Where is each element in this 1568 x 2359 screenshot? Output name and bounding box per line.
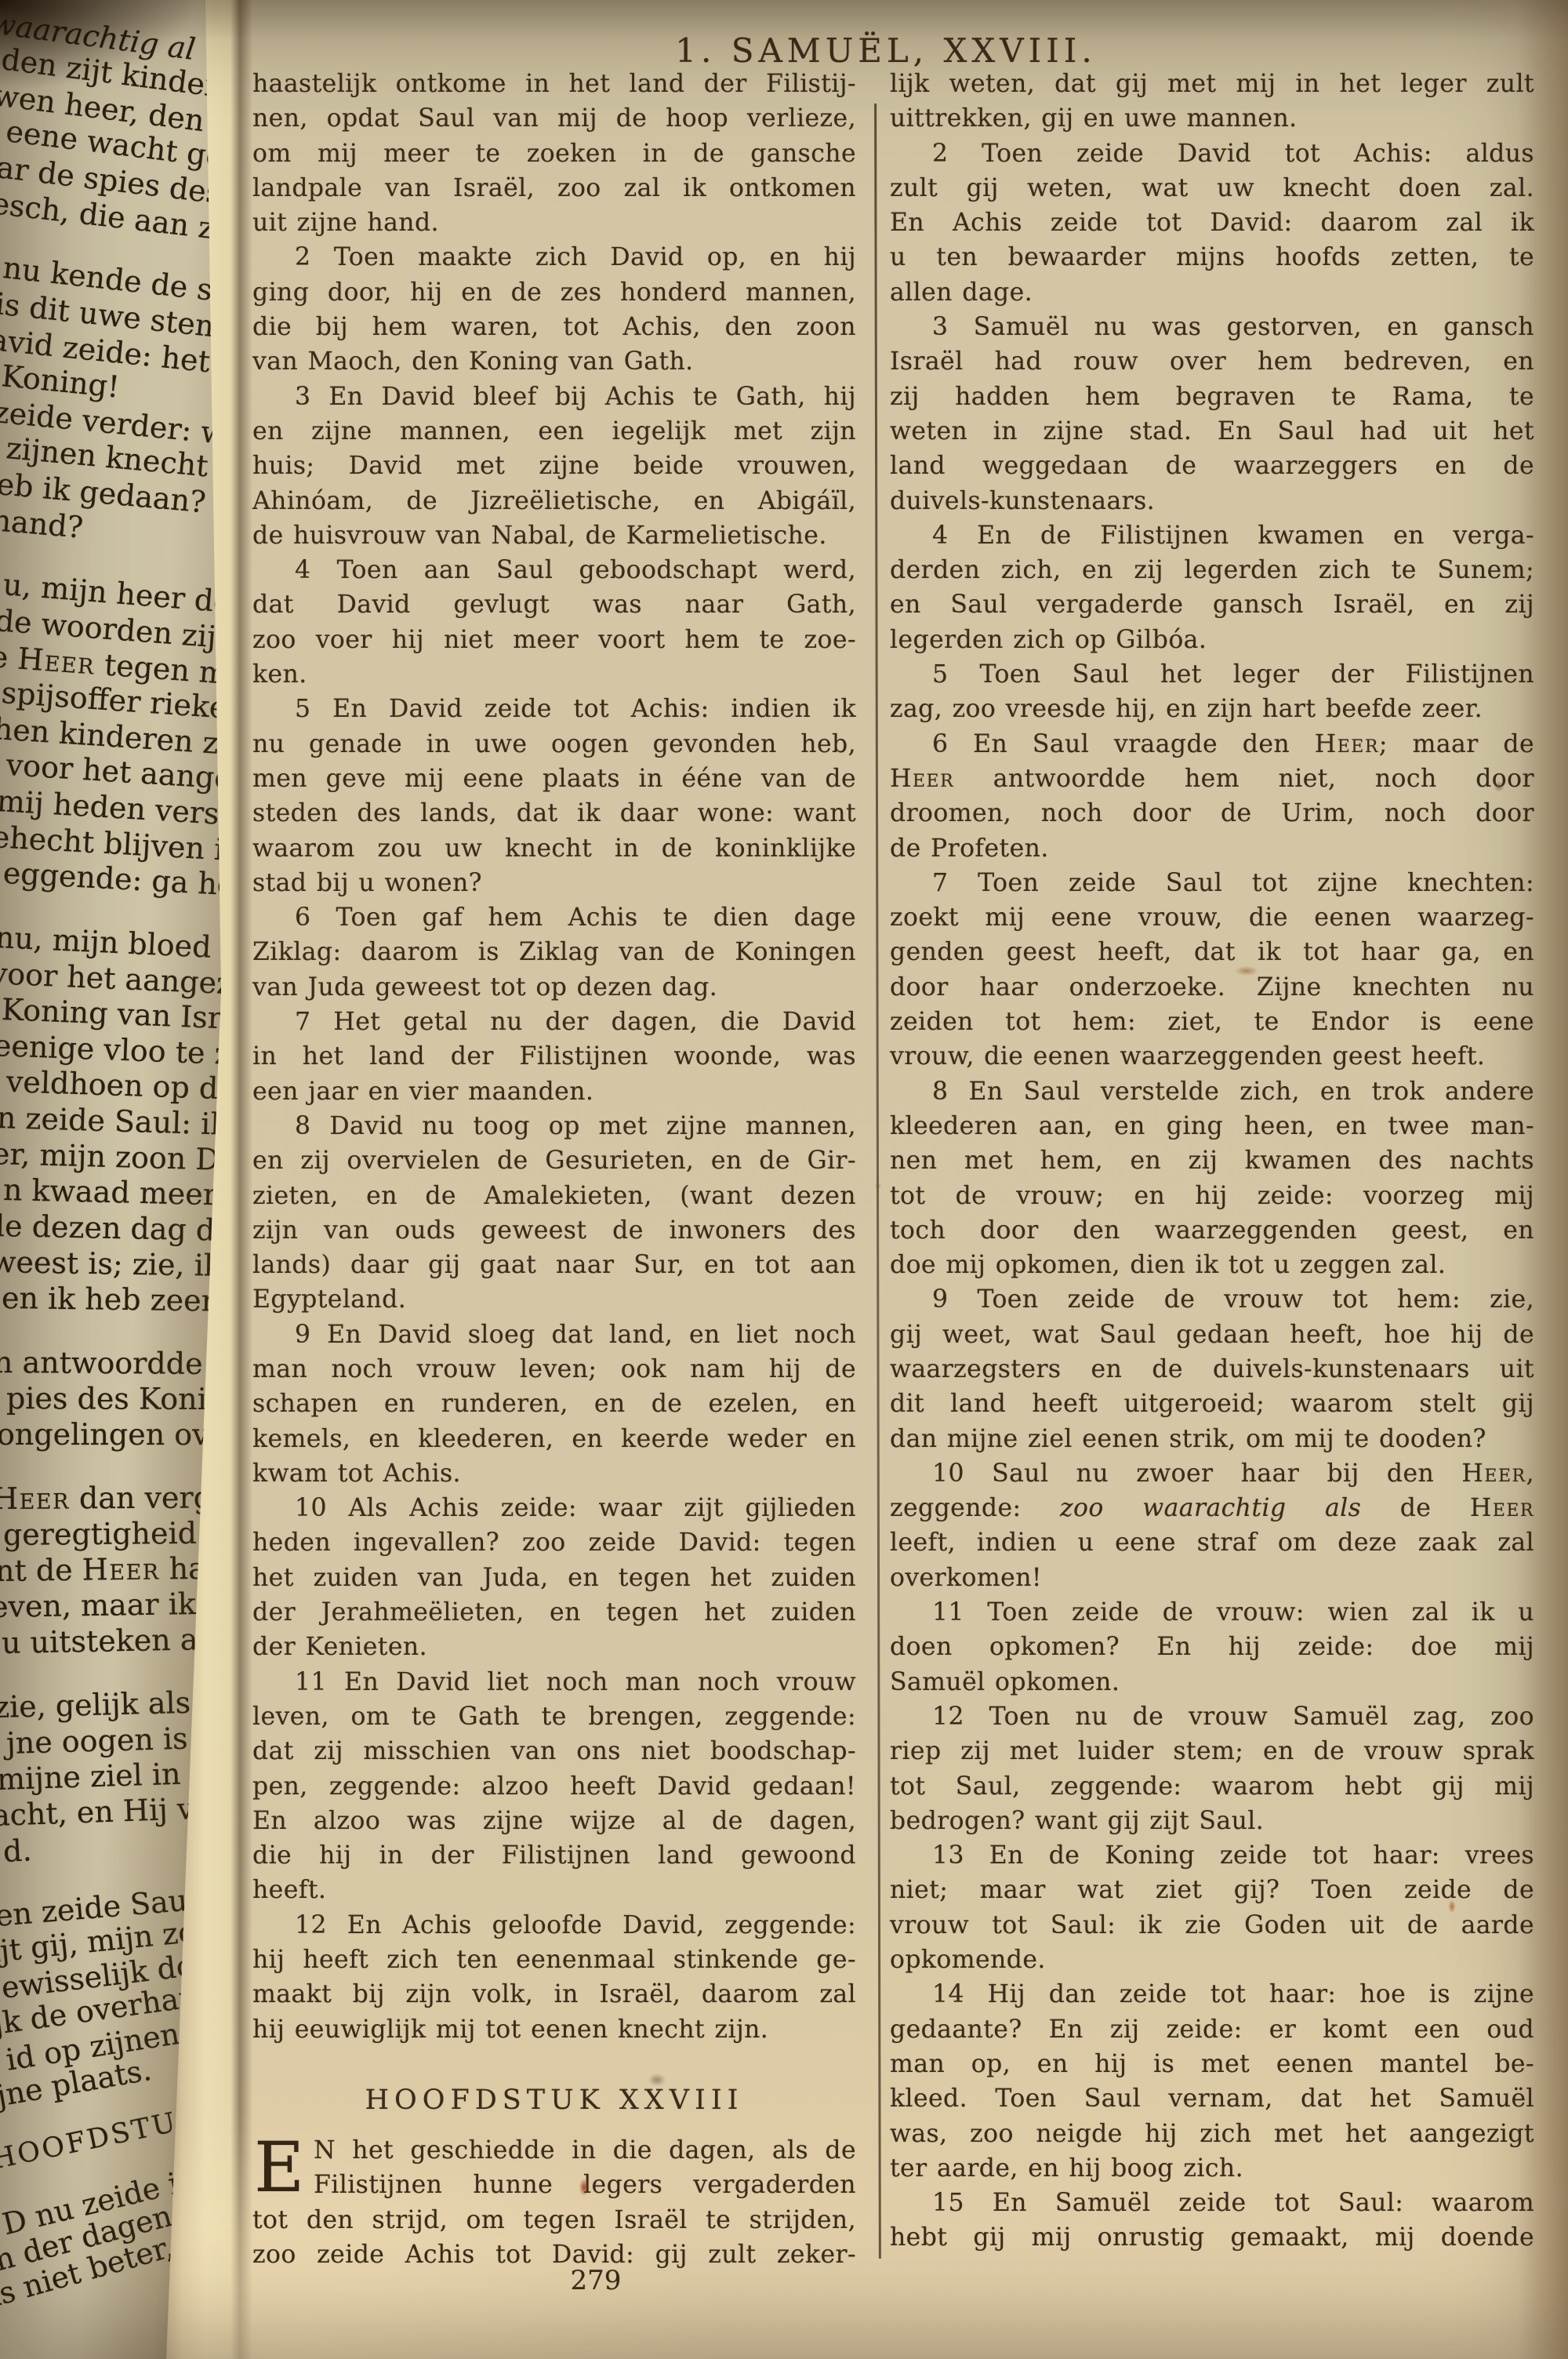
text-line: 8 David nu toog op met zijne mannen, bbox=[252, 1109, 856, 1143]
text-line: leven, om te Gath te brengen, zeggende: bbox=[252, 1699, 856, 1734]
text-line: 3 Samuël nu was gestorven, en gansch bbox=[890, 310, 1534, 344]
text-line: maakt bij zijn volk, in Israël, daarom z… bbox=[252, 1977, 856, 2012]
text-line: waarzegsters en de duivels-kunstenaars u… bbox=[890, 1352, 1534, 1387]
text-line: der Kenieten. bbox=[252, 1630, 856, 1664]
text-line: nu genade in uwe oogen gevonden heb, bbox=[252, 727, 856, 761]
text-line: 5 Toen Saul het leger der Filistijnen bbox=[890, 657, 1534, 692]
text-line: doen opkomen? En hij zeide: doe mij bbox=[890, 1630, 1534, 1664]
text-line: En alzoo was zijne wijze al de dagen, bbox=[252, 1804, 856, 1838]
text-line: ken. bbox=[252, 657, 856, 692]
text-line: gij weet, wat Saul gedaan heeft, hoe hij… bbox=[890, 1318, 1534, 1352]
text-line: hij eeuwiglijk mij tot eenen knecht zijn… bbox=[252, 2012, 856, 2047]
text-line: 12 Toen nu de vrouw Samuël zag, zoo bbox=[890, 1699, 1534, 1734]
text-line: ging door, hij en de zes honderd mannen, bbox=[252, 275, 856, 310]
text-line: 7 Het getal nu der dagen, die David bbox=[252, 1005, 856, 1039]
text-line: 4 Toen aan Saul geboodschapt werd, bbox=[252, 553, 856, 587]
text-line: zoo voer hij niet meer voort hem te zoe- bbox=[252, 623, 856, 657]
chapter-heading: HOOFDSTUK XXVIII bbox=[252, 2085, 856, 2121]
text-line: nen met hem, en zij kwamen des nachts bbox=[890, 1143, 1534, 1178]
text-line: weten in zijne stad. En Saul had uit het bbox=[890, 414, 1534, 449]
text-line: derden zich, en zij legerden zich te Sun… bbox=[890, 553, 1534, 587]
text-line: schapen en runderen, en de ezelen, en bbox=[252, 1387, 856, 1421]
text-line: hebt gij mij onrustig gemaakt, mij doend… bbox=[890, 2220, 1534, 2255]
text-line: kemels, en kleederen, en keerde weder en bbox=[252, 1422, 856, 1456]
text-line: 9 En David sloeg dat land, en liet noch bbox=[252, 1318, 856, 1352]
text-line: genden geest heeft, dat ik tot haar ga, … bbox=[890, 935, 1534, 969]
text-line: man op, en hij is met eenen mantel be- bbox=[890, 2047, 1534, 2081]
text-line: zijn van ouds geweest de inwoners des bbox=[252, 1213, 856, 1248]
text-line: droomen, noch door de Urim, noch door bbox=[890, 796, 1534, 831]
text-line: heeft. bbox=[252, 1873, 856, 1907]
text-line: kleed. Toen Saul vernam, dat het Samuël bbox=[890, 2081, 1534, 2116]
text-line: kleederen aan, en ging heen, en twee man… bbox=[890, 1109, 1534, 1143]
text-line: Ahinóam, de Jizreëlietische, en Abigáïl, bbox=[252, 484, 856, 518]
text-line: 2 Toen zeide David tot Achis: aldus bbox=[890, 136, 1534, 171]
text-line: tot Saul, zeggende: waarom hebt gij mij bbox=[890, 1769, 1534, 1804]
text-line: 8 En Saul verstelde zich, en trok andere bbox=[890, 1074, 1534, 1109]
text-line: 2 Toen maakte zich David op, en hij bbox=[252, 240, 856, 274]
text-line: Samuël opkomen. bbox=[890, 1665, 1534, 1699]
left-column: haastelijk ontkome in het land der Filis… bbox=[252, 67, 856, 2272]
text-line: vrouw, die eenen waarzeggenden geest hee… bbox=[890, 1039, 1534, 1074]
text-line: dat David gevlugt was naar Gath, bbox=[252, 587, 856, 622]
text-line: bedrogen? want gij zijt Saul. bbox=[890, 1804, 1534, 1838]
text-line: 11 En David liet noch man noch vrouw bbox=[252, 1665, 856, 1699]
text-line: 6 En Saul vraagde den Heer; maar de bbox=[890, 727, 1534, 761]
text-line: een jaar en vier maanden. bbox=[252, 1074, 856, 1109]
page-number: 279 bbox=[533, 2265, 659, 2296]
text-line: dan mijne ziel eenen strik, om mij te do… bbox=[890, 1422, 1534, 1456]
text-line: land weggedaan de waarzeggers en de bbox=[890, 449, 1534, 483]
text-line: die hij in der Filistijnen land gewoond bbox=[252, 1838, 856, 1873]
text-line: en Saul vergaderde gansch Israël, en zij bbox=[890, 587, 1534, 622]
text-line: haastelijk ontkome in het land der Filis… bbox=[252, 67, 856, 101]
text-line: uittrekken, gij en uwe mannen. bbox=[890, 101, 1534, 136]
text-line: der Jerahmeëlieten, en tegen het zuiden bbox=[252, 1595, 856, 1630]
text-line: 10 Als Achis zeide: waar zijt gijlieden bbox=[252, 1491, 856, 1525]
text-line: de Profeten. bbox=[890, 831, 1534, 866]
page-content: 1. SAMUËL, XXVIII. haastelijk ontkome in… bbox=[235, 0, 1568, 2359]
text-line: zeggende: zoo waarachtig als de Heer bbox=[890, 1491, 1534, 1525]
text-line: gedaante? En zij zeide: er komt een oud bbox=[890, 2012, 1534, 2047]
text-line: 3 En David bleef bij Achis te Gath, hij bbox=[252, 380, 856, 414]
text-line: Israël had rouw over hem bedreven, en bbox=[890, 344, 1534, 379]
text-line: stad bij u wonen? bbox=[252, 866, 856, 900]
text-line: zag, zoo vreesde hij, en zijn hart beefd… bbox=[890, 692, 1534, 726]
text-line: Egypteland. bbox=[252, 1282, 856, 1317]
text-line: lands) daar gij gaat naar Sur, en tot aa… bbox=[252, 1248, 856, 1282]
text-line: 14 Hij dan zeide tot haar: hoe is zijne bbox=[890, 1977, 1534, 2012]
book-photo: 1. SAMUËL, XXVIII. haastelijk ontkome in… bbox=[0, 0, 1568, 2359]
text-line: waarom zou uw knecht in de koninklijke bbox=[252, 831, 856, 866]
text-line: en zijne mannen, een iegelijk met zijn bbox=[252, 414, 856, 449]
text-line: het zuiden van Juda, en tegen het zuiden bbox=[252, 1561, 856, 1595]
text-line: ter aarde, en hij boog zich. bbox=[890, 2151, 1534, 2186]
text-line: riep zij met luider stem; en de vrouw sp… bbox=[890, 1734, 1534, 1768]
text-line: lijk weten, dat gij met mij in het leger… bbox=[890, 67, 1534, 101]
text-line: 9 Toen zeide de vrouw tot hem: zie, bbox=[890, 1282, 1534, 1317]
text-line: niet; maar wat ziet gij? Toen zeide de bbox=[890, 1873, 1534, 1907]
text-line: en zij overvielen de Gesurieten, en de G… bbox=[252, 1143, 856, 1178]
text-line: duivels-kunstenaars. bbox=[890, 484, 1534, 518]
text-line: pen, zeggende: alzoo heeft David gedaan! bbox=[252, 1769, 856, 1804]
text-line: van Juda geweest tot op dezen dag. bbox=[252, 970, 856, 1005]
text-line: 13 En de Koning zeide tot haar: vrees bbox=[890, 1838, 1534, 1873]
text-line: En Achis zeide tot David: daarom zal ik bbox=[890, 205, 1534, 240]
text-line: kwam tot Achis. bbox=[252, 1456, 856, 1491]
text-line: van Maoch, den Koning van Gath. bbox=[252, 344, 856, 379]
text-line: landpale van Israël, zoo zal ik ontkomen bbox=[252, 171, 856, 205]
text-line: zoekt mij eene vrouw, die eenen waarzeg- bbox=[890, 900, 1534, 935]
text-line: huis; David met zijne beide vrouwen, bbox=[252, 449, 856, 483]
text-line: man noch vrouw leven; ook nam hij de bbox=[252, 1352, 856, 1387]
text-line: 10 Saul nu zwoer haar bij den Heer, bbox=[890, 1456, 1534, 1491]
text-line: zult gij weten, wat uw knecht doen zal. bbox=[890, 171, 1534, 205]
text-line: zeiden tot hem: ziet, te Endor is eene bbox=[890, 1005, 1534, 1039]
text-line: om mij meer te zoeken in de gansche bbox=[252, 136, 856, 171]
text-line: zieten, en de Amalekieten, (want dezen bbox=[252, 1179, 856, 1213]
text-line: in het land der Filistijnen woonde, was bbox=[252, 1039, 856, 1074]
right-column: lijk weten, dat gij met mij in het leger… bbox=[890, 67, 1534, 2255]
text-line: Filistijnen hunne legers vergaderden bbox=[252, 2168, 856, 2202]
text-line: N het geschiedde in die dagen, als de bbox=[252, 2133, 856, 2168]
text-line: Heer antwoordde hem niet, noch door bbox=[890, 761, 1534, 796]
text-line: tot de vrouw; en hij zeide: voorzeg mij bbox=[890, 1179, 1534, 1213]
text-line: de huisvrouw van Nabal, de Karmelietisch… bbox=[252, 518, 856, 553]
page-header: 1. SAMUËL, XXVIII. bbox=[235, 31, 1537, 70]
main-page: 1. SAMUËL, XXVIII. haastelijk ontkome in… bbox=[149, 0, 1568, 2359]
text-line: hij heeft zich ten eenenmaal stinkende g… bbox=[252, 1943, 856, 1977]
text-line: 12 En Achis geloofde David, zeggende: bbox=[252, 1908, 856, 1943]
text-line: doe mij opkomen, dien ik tot u zeggen za… bbox=[890, 1248, 1534, 1282]
text-line: opkomende. bbox=[890, 1943, 1534, 1977]
column-divider bbox=[874, 104, 881, 2259]
text-line: toch door den waarzeggenden geest, en bbox=[890, 1213, 1534, 1248]
text-line: dit land heeft uitgeroeid; waarom stelt … bbox=[890, 1387, 1534, 1421]
text-line: men geve mij eene plaats in ééne van de bbox=[252, 761, 856, 796]
text-line: vrouw tot Saul: ik zie Goden uit de aard… bbox=[890, 1908, 1534, 1943]
text-line: 5 En David zeide tot Achis: indien ik bbox=[252, 692, 856, 726]
text-line: Ziklag: daarom is Ziklag van de Koningen bbox=[252, 935, 856, 969]
text-line: uit zijne hand. bbox=[252, 205, 856, 240]
text-line: was, zoo neigde hij zich met het aangezi… bbox=[890, 2117, 1534, 2151]
text-line: u ten bewaarder mijns hoofds zetten, te bbox=[890, 240, 1534, 274]
text-line: 11 Toen zeide de vrouw: wien zal ik u bbox=[890, 1595, 1534, 1630]
text-line: steden des lands, dat ik daar wone: want bbox=[252, 796, 856, 831]
text-line: die bij hem waren, tot Achis, den zoon bbox=[252, 310, 856, 344]
drop-cap: E bbox=[254, 2136, 304, 2199]
text-line: 4 En de Filistijnen kwamen en verga- bbox=[890, 518, 1534, 553]
text-line: legerden zich op Gilbóa. bbox=[890, 623, 1534, 657]
text-line: 6 Toen gaf hem Achis te dien dage bbox=[252, 900, 856, 935]
text-line: door haar onderzoeke. Zijne knechten nu bbox=[890, 970, 1534, 1005]
text-line: leeft, indien u eene straf om deze zaak … bbox=[890, 1525, 1534, 1560]
text-line: 7 Toen zeide Saul tot zijne knechten: bbox=[890, 866, 1534, 900]
text-line: 15 En Samuël zeide tot Saul: waarom bbox=[890, 2186, 1534, 2220]
text-line: tot den strijd, om tegen Israël te strij… bbox=[252, 2203, 856, 2237]
text-line: nen, opdat Saul van mij de hoop verlieze… bbox=[252, 101, 856, 136]
chapter-intro: E N het geschiedde in die dagen, als de … bbox=[252, 2133, 856, 2272]
text-line: allen dage. bbox=[890, 275, 1534, 310]
text-line: overkomen! bbox=[890, 1561, 1534, 1595]
text-line: dat zij misschien van ons niet boodschap… bbox=[252, 1734, 856, 1768]
text-line: heden ingevallen? zoo zeide David: tegen bbox=[252, 1525, 856, 1560]
text-line: zij hadden hem begraven te Rama, te bbox=[890, 380, 1534, 414]
